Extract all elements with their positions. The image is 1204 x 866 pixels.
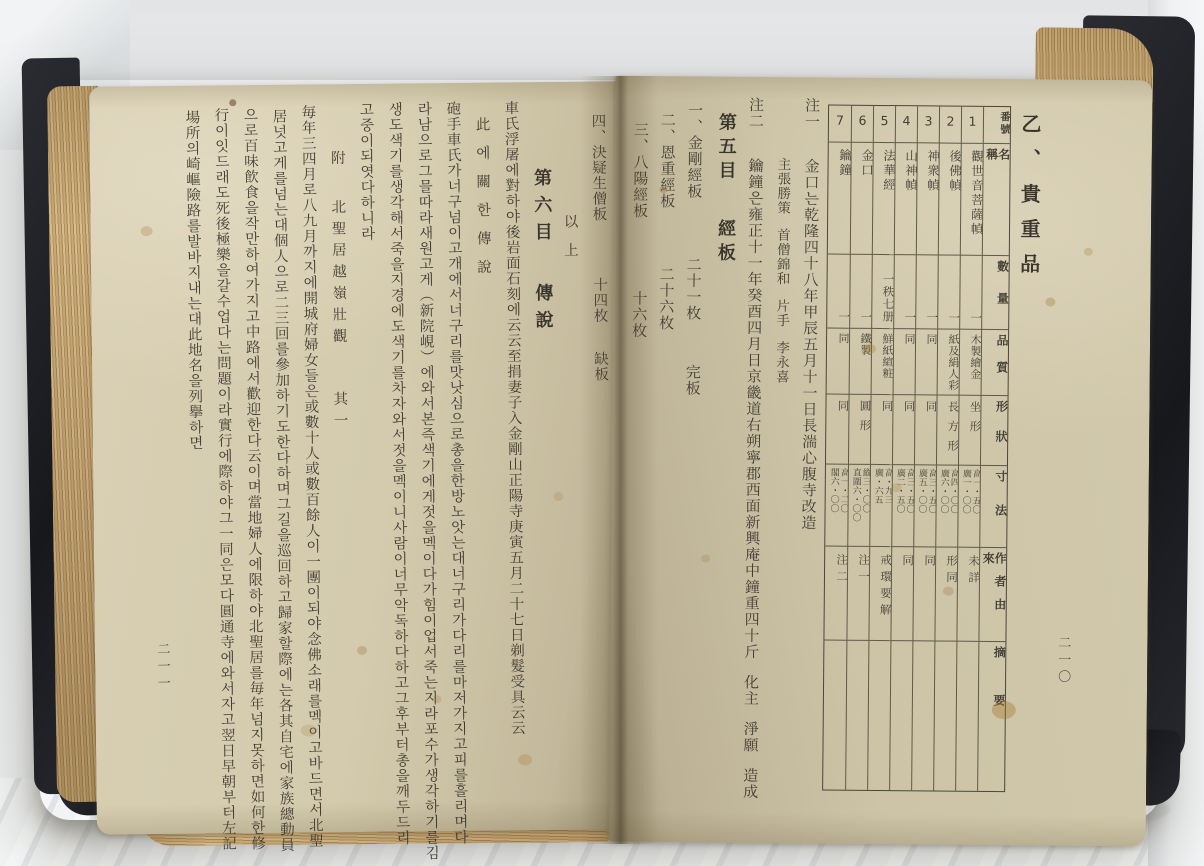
valuables-table: 7654321番號鑰鐘金口法華經山神幀神衆幀後佛幀觀世音菩薩幀名稱一一一秩七册一… <box>822 105 1011 793</box>
table-cell-shape-6: 圓形 <box>848 394 871 464</box>
table-cell-dims-2: 高四・〇〇廣六・〇〇 <box>935 464 958 546</box>
text-column: 四、決疑生僧板十四枚缺板 <box>589 91 607 382</box>
table-cell-note-3 <box>911 640 934 790</box>
table-cell-quality-2: 紙及絹人彩 <box>937 328 960 394</box>
table-cell-qty-4: 一 <box>893 254 916 328</box>
table-cell-quality-5: 鮮紙縇粧 <box>871 328 894 394</box>
age-stain <box>1045 297 1055 306</box>
table-row-header-品質: 品質 <box>981 329 1009 395</box>
table-cell-name-3: 神衆幀 <box>916 142 939 254</box>
chapter-heading: 乙、貴重品 <box>1018 113 1040 288</box>
text-column: 居넛고게를넘는대個人으로二三回를參加하기도한다하며그길을巡回하고歸家할際에는各其… <box>270 95 293 853</box>
table-cell-quality-3: 同 <box>915 328 938 394</box>
table-cell-num-7: 7 <box>829 106 851 142</box>
text-column: 砲手車氏가너구넘이고개에서너구리를맛낫심으로총을한방노앗는대너구리가다리를마저가… <box>444 93 467 845</box>
table-cell-origin-7: 注二 <box>824 546 847 640</box>
table-cell-qty-5: 一秩七册 <box>871 254 894 328</box>
page-number-right: 二一〇 <box>1056 636 1070 687</box>
table-row-header-作者由來: 作者由來 <box>978 547 1006 641</box>
table-cell-qty-6: 一 <box>849 254 872 328</box>
table-cell-shape-3: 同 <box>914 394 937 464</box>
table-cell-origin-6: 注一 <box>846 546 869 640</box>
text-column: 생도색기를생각해서죽을지경에도색기를차자와서젓을멕이니사람이너무악독하다하고그후… <box>386 94 409 846</box>
table-cell-qty-3: 一 <box>915 254 938 328</box>
table-cell-origin-2: 形同 <box>934 546 957 640</box>
age-stain <box>1084 248 1093 256</box>
table-cell-origin-5: 戒環要解 <box>868 546 891 640</box>
table-row-header-番號: 番號 <box>983 107 1010 143</box>
table-cell-name-7: 鑰鐘 <box>828 142 851 254</box>
text-column: 라남으로그믈따라새원고게（新院峴）에와서본즉색기에게젓을멕이다가힘이업서죽는지라… <box>415 93 438 861</box>
table-cell-dims-5: 高・九三廣・六五 <box>869 464 892 546</box>
table-cell-origin-1: 未詳 <box>956 547 979 641</box>
note-2-column: 注二鑰鐘은雍正十一年癸酉四月日京畿道右朔寧郡西面新興庵中鐘重四十斤化主淨願造成 <box>741 97 763 800</box>
table-cell-num-5: 5 <box>873 106 895 142</box>
table-cell-quality-1: 木製繪金 <box>959 329 982 395</box>
table-cell-note-7 <box>823 640 846 790</box>
note-1-names: 主張勝策首僧錦和片手李永喜 <box>774 157 790 384</box>
table-cell-quality-6: 鐵製 <box>849 328 872 394</box>
table-cell-shape-1: 坐形 <box>958 395 981 465</box>
text-column: 以上 <box>560 92 577 271</box>
table-cell-name-6: 金口 <box>850 142 873 254</box>
table-row-header-形狀: 形狀 <box>980 395 1008 465</box>
table-cell-num-2: 2 <box>939 106 961 142</box>
table-cell-note-4 <box>889 640 912 790</box>
table-cell-shape-5: 同 <box>870 394 893 464</box>
table-cell-name-2: 後佛幀 <box>938 142 961 254</box>
table-cell-note-1 <box>955 641 978 791</box>
table-cell-dims-7: 高一・二〇閣六・〇〇 <box>825 464 848 546</box>
left-page-text: 四、決疑生僧板十四枚缺板 以上 第六目傳說 車氏浮屠에對하야後岩面石刻에云云至捐… <box>104 91 612 826</box>
table-cell-origin-3: 同 <box>912 546 935 640</box>
table-row-header-數量: 數量 <box>981 255 1009 329</box>
table-cell-note-6 <box>845 640 868 790</box>
section-heading: 第六目傳說 <box>530 92 551 337</box>
table-cell-note-2 <box>933 640 956 790</box>
table-cell-qty-2: 一 <box>937 254 960 328</box>
text-column: 으로百味飮食을작만하여가지고中路에서歡迎한다云이며當地婦人에限하야北聖居를毎年넘… <box>241 95 264 851</box>
left-page: 四、決疑生僧板十四枚缺板 以上 第六目傳說 車氏浮屠에對하야後岩面石刻에云云至捐… <box>89 81 624 834</box>
text-column: 車氏浮屠에對하야後岩面石刻에云云至捐妻子入金剛山正陽寺庚寅五月二十七日剃髮受具云… <box>502 92 524 736</box>
table-row-header-摘要: 摘要 <box>977 641 1005 791</box>
table-cell-quality-7: 同 <box>827 328 850 394</box>
table-cell-shape-4: 同 <box>892 394 915 464</box>
table-cell-num-6: 6 <box>851 106 873 142</box>
table-cell-shape-2: 長方形 <box>936 394 959 464</box>
text-column: 毎年三四月로八九月까지에開城府婦女들은或數十人或數百餘人이一團이되야念佛소래를멕… <box>299 94 322 848</box>
table-cell-origin-4: 同 <box>890 546 913 640</box>
table-row-header-寸法: 寸法 <box>979 465 1007 547</box>
text-column: 此에關한傳說 <box>473 93 490 288</box>
table-cell-num-4: 4 <box>895 106 917 142</box>
table-cell-quality-4: 同 <box>893 328 916 394</box>
table-cell-shape-7: 同 <box>826 394 849 464</box>
table-cell-dims-4: 高三・五〇廣二・五〇 <box>891 464 914 546</box>
text-column: 場所의崎嶇險路를발바지내는대此地名을列擧하면 <box>183 96 202 451</box>
table-cell-name-4: 山神幀 <box>894 142 917 254</box>
table-cell-qty-7: 一 <box>827 254 850 328</box>
list-item-1: 一、金剛經板二十一枚完板 <box>684 102 702 396</box>
table-cell-note-5 <box>867 640 890 790</box>
right-page: 乙、貴重品 7654321番號鑰鐘金口法華經山神幀神衆幀後佛幀觀世音菩薩幀名稱一… <box>609 76 1153 847</box>
text-column: 고중이되엿다하니라 <box>357 94 374 242</box>
age-stain <box>701 554 710 562</box>
table-cell-dims-1: 高一・五〇廣一・〇〇 <box>957 465 980 547</box>
page-number-left: 二一一 <box>155 642 169 693</box>
table-cell-dims-3: 高三・五〇廣五・〇〇 <box>913 464 936 546</box>
list-item-3: 三、八陽經板十六枚 <box>630 122 647 339</box>
note-1-column: 注一金口는乾隆四十八年甲辰五月十一日長湍心腹寺改造 <box>800 97 819 531</box>
table-row-header-名稱: 名稱 <box>982 143 1010 255</box>
list-item-2: 二、恩重經板二十六枚 <box>658 112 676 331</box>
text-column: 行이잇드래도死後極樂을갈수업다는問題이라實行에際하야그一同은모다圓通寺에와서자고… <box>212 95 235 851</box>
table-cell-dims-6: 縱三・〇〇直圍六・〇〇 <box>847 464 870 546</box>
table-cell-name-5: 法華經 <box>872 142 895 254</box>
section-5-heading: 第五目經板 <box>715 113 735 267</box>
table-cell-name-1: 觀世音菩薩幀 <box>960 143 983 255</box>
subsection-heading: 附北聖居越嶺壯觀其一 <box>328 94 347 434</box>
table-cell-num-1: 1 <box>961 107 983 143</box>
table-cell-num-3: 3 <box>917 106 939 142</box>
table-cell-qty-1: 一 <box>959 255 982 329</box>
